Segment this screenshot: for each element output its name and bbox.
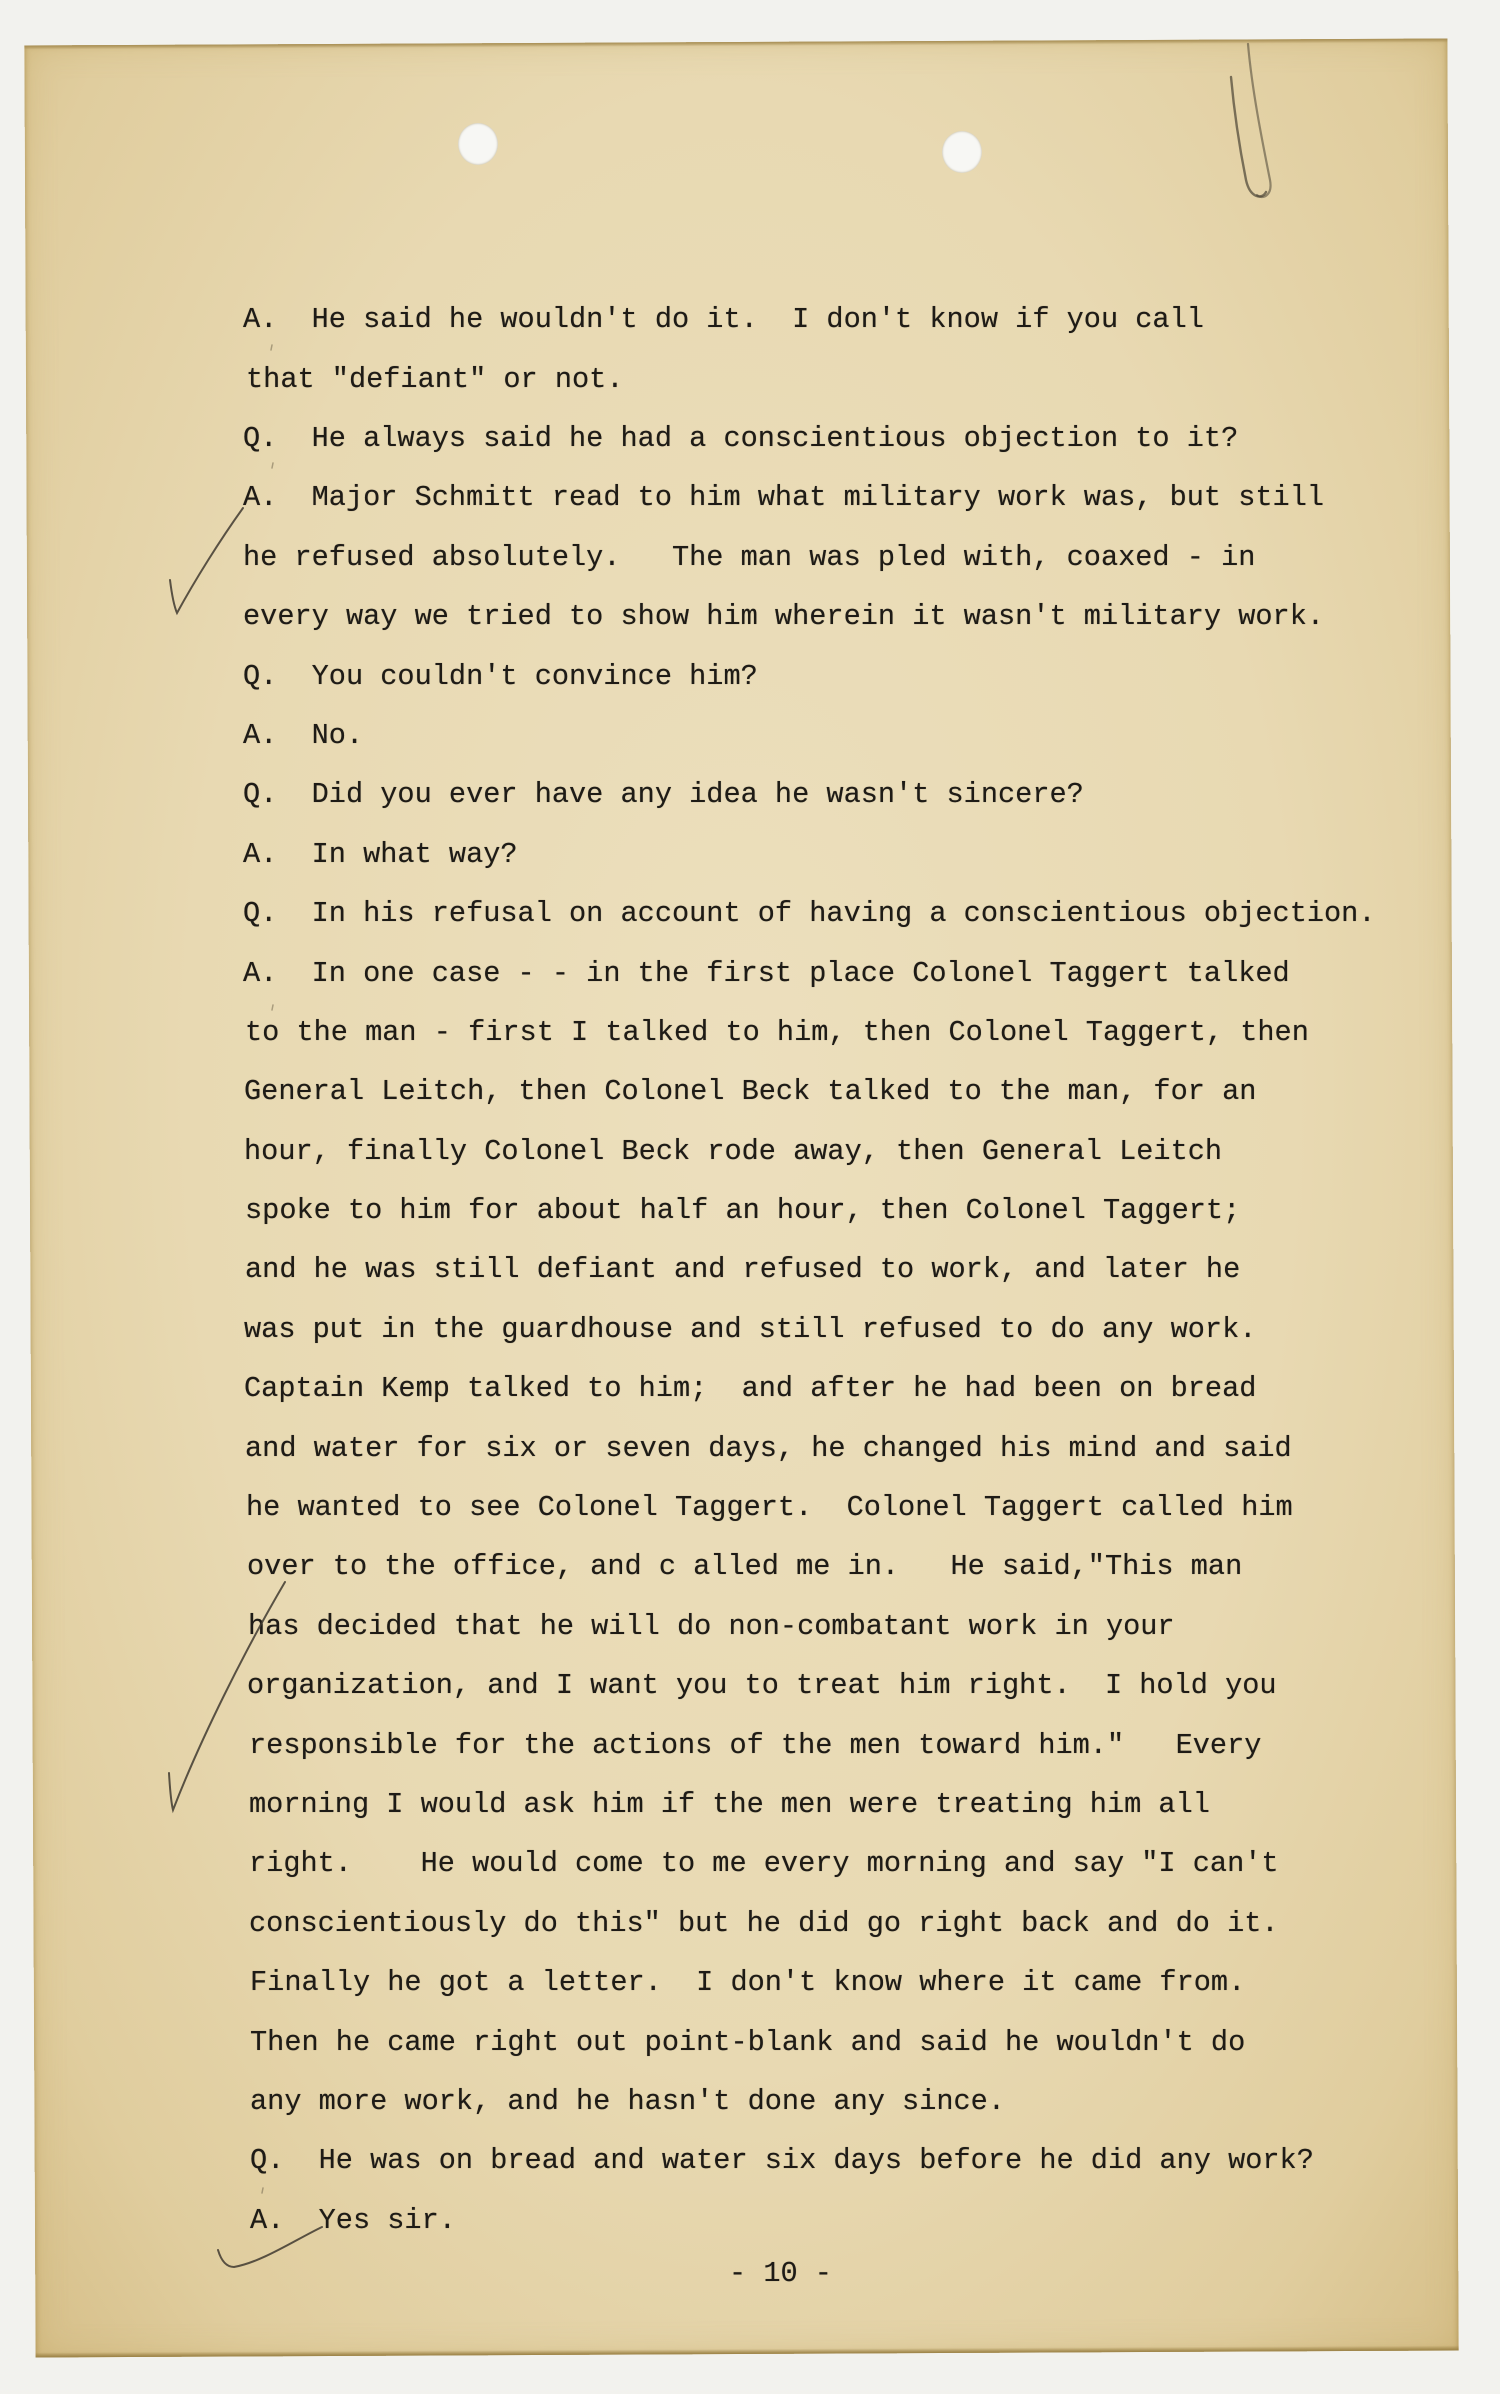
page-top-edge: [24, 39, 1447, 50]
transcript-line: any more work, and he hasn't done any si…: [250, 2088, 1005, 2117]
transcript-line: Q. You couldn't convince him?: [243, 663, 758, 692]
transcript-line: to the man - first I talked to him, then…: [245, 1019, 1309, 1048]
transcript-line: was put in the guardhouse and still refu…: [244, 1316, 1256, 1345]
transcript-line: conscientiously do this" but he did go r…: [249, 1910, 1279, 1939]
transcript-line: right. He would come to me every morning…: [249, 1850, 1279, 1879]
transcript-line: Q. In his refusal on account of having a…: [243, 900, 1376, 929]
transcript-line: A. In one case - - in the first place Co…: [243, 960, 1290, 989]
transcript-line: A. He said he wouldn't do it. I don't kn…: [243, 306, 1204, 335]
transcript-line: responsible for the actions of the men t…: [249, 1732, 1261, 1761]
transcript-line: morning I would ask him if the men were …: [249, 1791, 1210, 1820]
transcript-line: spoke to him for about half an hour, the…: [245, 1197, 1240, 1226]
transcript-line: he refused absolutely. The man was pled …: [243, 544, 1255, 573]
transcript-line: Finally he got a letter. I don't know wh…: [250, 1969, 1245, 1998]
transcript-line: every way we tried to show him wherein i…: [243, 603, 1324, 632]
transcript-line: A. Yes sir.: [250, 2207, 456, 2236]
page-bottom-edge: [36, 2346, 1459, 2358]
transcript-line: that "defiant" or not.: [246, 366, 624, 395]
transcript-line: and he was still defiant and refused to …: [245, 1256, 1240, 1285]
transcript-line: A. No.: [243, 722, 363, 751]
transcript-line: hour, finally Colonel Beck rode away, th…: [244, 1138, 1222, 1167]
transcript-line: he wanted to see Colonel Taggert. Colone…: [246, 1494, 1293, 1523]
punch-hole-right: [942, 131, 982, 173]
transcript-line: Q. He always said he had a conscientious…: [243, 425, 1238, 454]
transcript-line: organization, and I want you to treat hi…: [247, 1672, 1277, 1701]
transcript-line: Q. He was on bread and water six days be…: [250, 2147, 1314, 2176]
transcript-line: General Leitch, then Colonel Beck talked…: [244, 1078, 1256, 1107]
transcript-line: Then he came right out point-blank and s…: [250, 2029, 1245, 2058]
transcript-line: A. In what way?: [243, 841, 518, 870]
transcript-line: Captain Kemp talked to him; and after he…: [244, 1375, 1256, 1404]
transcript-line: and water for six or seven days, he chan…: [245, 1435, 1292, 1464]
page-number: - 10 -: [729, 2260, 832, 2289]
punch-hole-left: [458, 123, 498, 165]
transcript-line: A. Major Schmitt read to him what milita…: [243, 484, 1324, 513]
transcript-line: has decided that he will do non-combatan…: [248, 1613, 1175, 1642]
transcript-line: over to the office, and c alled me in. H…: [247, 1553, 1242, 1582]
transcript-line: Q. Did you ever have any idea he wasn't …: [243, 781, 1084, 810]
